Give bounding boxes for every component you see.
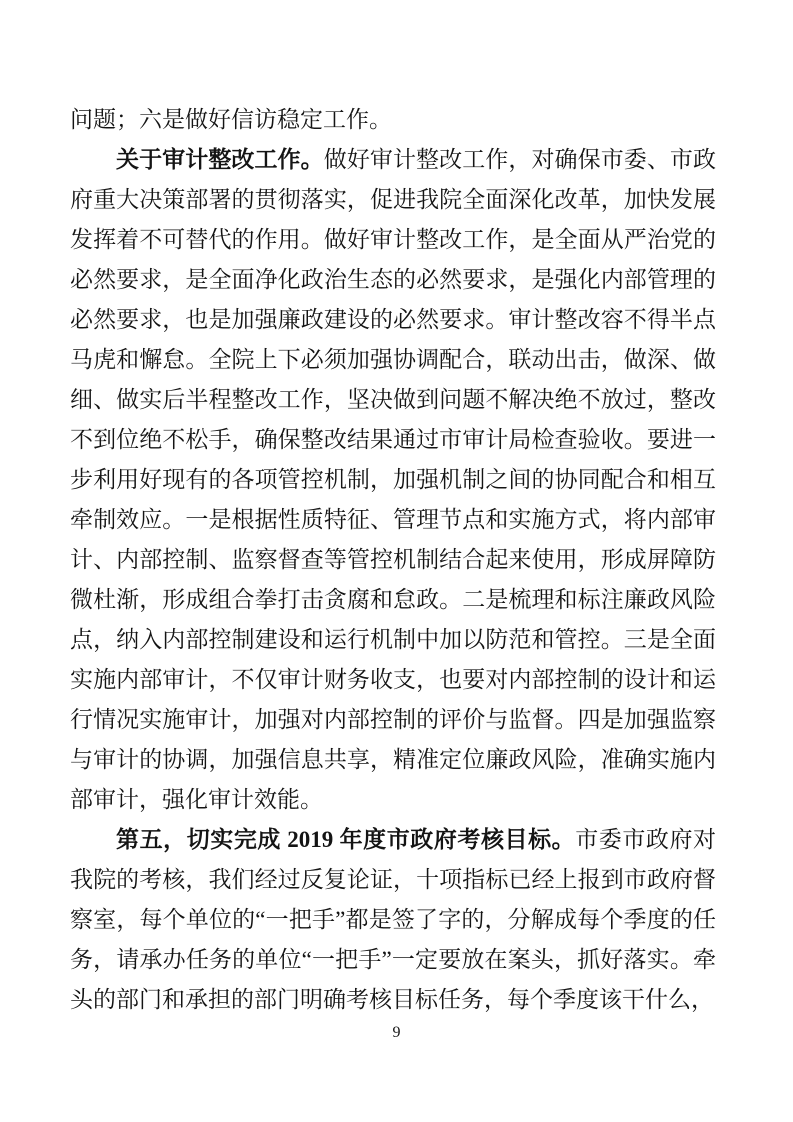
- paragraph-lead: 第五，切实完成 2019 年度市政府考核目标。: [116, 827, 575, 852]
- paragraph-continuation: 问题；六是做好信访稳定工作。: [70, 100, 716, 140]
- paragraph-assessment-targets: 第五，切实完成 2019 年度市政府考核目标。市委市政府对我院的考核，我们经过反…: [70, 820, 716, 1020]
- paragraph-text: 做好审计整改工作，对确保市委、市政府重大决策部署的贯彻落实，促进我院全面深化改革…: [70, 147, 716, 812]
- paragraph-text: 问题；六是做好信访稳定工作。: [70, 107, 392, 132]
- paragraph-audit-rectification: 关于审计整改工作。做好审计整改工作，对确保市委、市政府重大决策部署的贯彻落实，促…: [70, 140, 716, 820]
- text-content: 问题；六是做好信访稳定工作。 关于审计整改工作。做好审计整改工作，对确保市委、市…: [70, 100, 716, 1020]
- paragraph-text: 市委市政府对我院的考核，我们经过反复论证，十项指标已经上报到市政府督察室，每个单…: [70, 827, 716, 1012]
- page-number: 9: [0, 1024, 793, 1042]
- document-page: 问题；六是做好信访稳定工作。 关于审计整改工作。做好审计整改工作，对确保市委、市…: [0, 0, 793, 1122]
- paragraph-lead: 关于审计整改工作。: [116, 147, 324, 172]
